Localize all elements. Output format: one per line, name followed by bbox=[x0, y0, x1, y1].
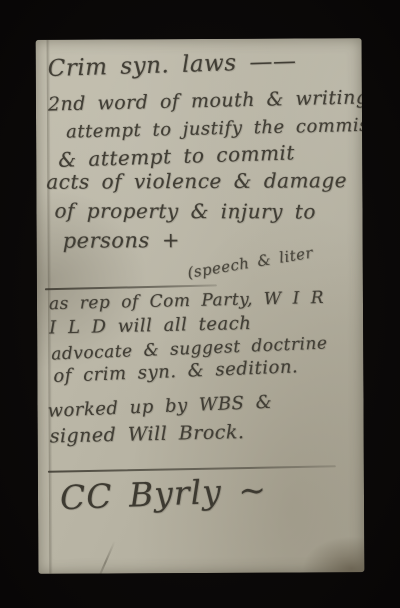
pencil-scratch bbox=[95, 541, 115, 574]
handwritten-line: I L D will all teach bbox=[49, 314, 252, 338]
photo-background: Crim syn. laws —— 2nd word of mouth & wr… bbox=[0, 0, 400, 608]
divider-line-2 bbox=[48, 465, 336, 473]
note-heading: Crim syn. laws —— bbox=[47, 49, 296, 82]
divider-line-1 bbox=[45, 284, 217, 290]
handwritten-line: 2nd word of mouth & writing bbox=[48, 87, 365, 115]
handwritten-line: as rep of Com Party, W I R bbox=[49, 289, 325, 314]
note-card: Crim syn. laws —— 2nd word of mouth & wr… bbox=[36, 38, 365, 574]
handwritten-line: worked up by WBS & bbox=[47, 393, 272, 422]
handwritten-line: signed Will Brock. bbox=[49, 422, 244, 447]
handwritten-line: attempt to justify the commission bbox=[66, 115, 365, 143]
handwritten-line: acts of violence & damage bbox=[46, 169, 347, 193]
signature: CC Byrly ~ bbox=[59, 472, 267, 517]
handwritten-line: of property & injury to bbox=[54, 200, 315, 223]
corner-stain bbox=[302, 536, 364, 574]
handwritten-line: persons + bbox=[63, 229, 181, 253]
handwritten-line: & attempt to commit bbox=[58, 141, 295, 170]
aside-note: (speech & liter bbox=[186, 245, 314, 282]
